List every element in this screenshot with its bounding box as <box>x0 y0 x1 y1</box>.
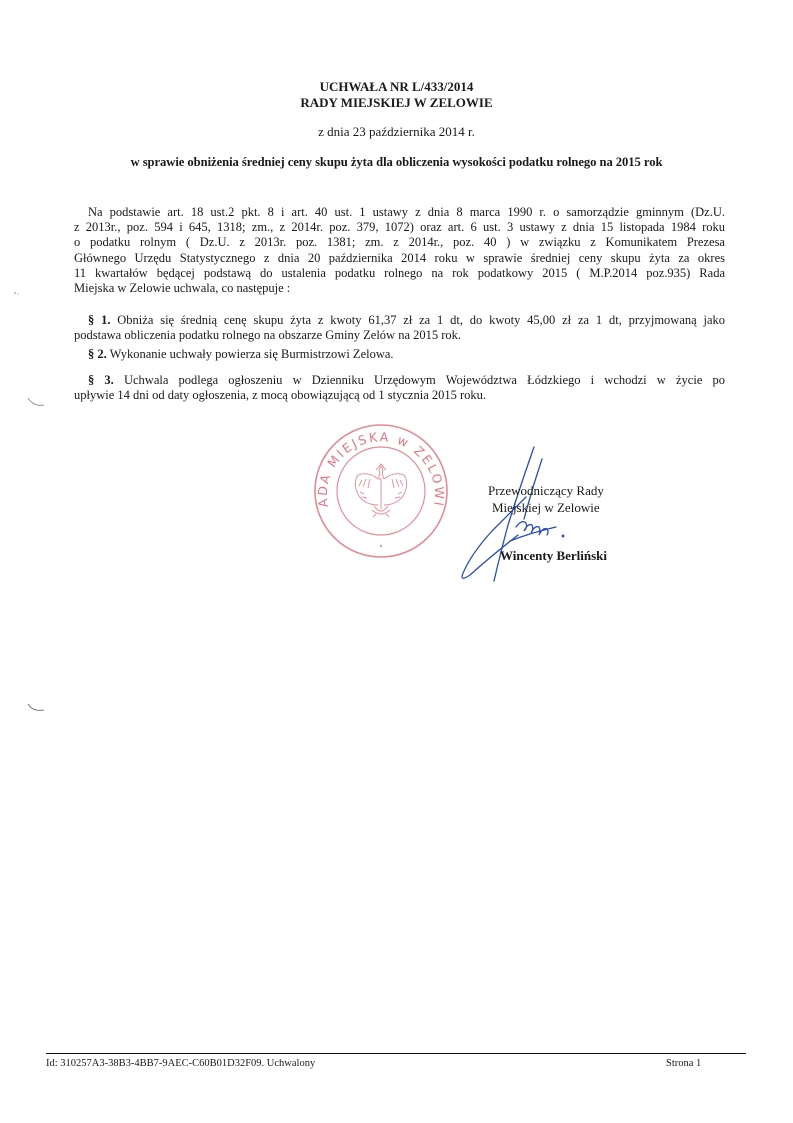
section-text: Wykonanie uchwały powierza się Burmistrz… <box>110 347 394 361</box>
section-1: § 1. Obniża się średnią cenę skupu żyta … <box>74 313 725 343</box>
resolution-number: UCHWAŁA NR L/433/2014 <box>0 79 793 95</box>
section-text: Obniża się średnią cenę skupu żyta z kwo… <box>117 313 725 327</box>
section-3: § 3. Uchwala podlega ogłoszeniu w Dzienn… <box>74 373 725 403</box>
eagle-emblem-icon <box>355 464 406 517</box>
council-name: RADY MIEJSKIEJ W ZELOWIE <box>0 95 793 111</box>
scan-artifact <box>26 395 48 409</box>
signatory-name: Wincenty Berliński <box>500 548 607 564</box>
section-label: § 3. <box>88 373 114 387</box>
footer-divider <box>46 1053 746 1054</box>
preamble-line: o podatku rolnym ( Dz.U. z 2013r. poz. 1… <box>74 235 725 250</box>
resolution-subject: w sprawie obniżenia średniej ceny skupu … <box>0 155 793 170</box>
preamble-line: Głównego Urzędu Statystycznego z dnia 20… <box>74 251 725 266</box>
section-text: Uchwala podlega ogłoszeniu w Dzienniku U… <box>124 373 725 387</box>
page-number: Strona 1 <box>666 1058 701 1069</box>
preamble-line: Na podstawie art. 18 ust.2 pkt. 8 i art.… <box>74 205 725 220</box>
section-2: § 2. Wykonanie uchwały powierza się Burm… <box>74 347 725 362</box>
preamble-line: z 2013r., poz. 594 i 645, 1318; zm., z 2… <box>74 220 725 235</box>
signatory-title: Przewodniczący Rady <box>488 482 638 499</box>
preamble: Na podstawie art. 18 ust.2 pkt. 8 i art.… <box>74 205 725 296</box>
preamble-line: 11 kwartałów będącej podstawą do ustalen… <box>74 266 725 281</box>
section-line: podstawa obliczenia podatku rolnego na o… <box>74 328 725 343</box>
section-label: § 1. <box>88 313 110 327</box>
scan-artifact <box>10 288 24 298</box>
signatory-council: Miejskiej w Zelowie <box>488 499 638 516</box>
council-stamp: RADA MIEJSKA w ZELOWIE <box>312 422 450 560</box>
section-line: § 1. Obniża się średnią cenę skupu żyta … <box>74 313 725 328</box>
section-line: upływie 14 dni od daty ogłoszenia, z moc… <box>74 388 725 403</box>
scan-artifact <box>26 702 48 714</box>
preamble-line: Miejska w Zelowie uchwala, co następuje … <box>74 281 725 296</box>
section-line: § 3. Uchwala podlega ogłoszeniu w Dzienn… <box>74 373 725 388</box>
section-label: § 2. <box>88 347 107 361</box>
section-line: § 2. Wykonanie uchwały powierza się Burm… <box>74 347 725 362</box>
resolution-date: z dnia 23 października 2014 r. <box>0 124 793 140</box>
signature-block: Przewodniczący Rady Miejskiej w Zelowie <box>488 482 638 516</box>
document-id: Id: 310257A3-38B3-4BB7-9AEC-C60B01D32F09… <box>46 1058 315 1069</box>
